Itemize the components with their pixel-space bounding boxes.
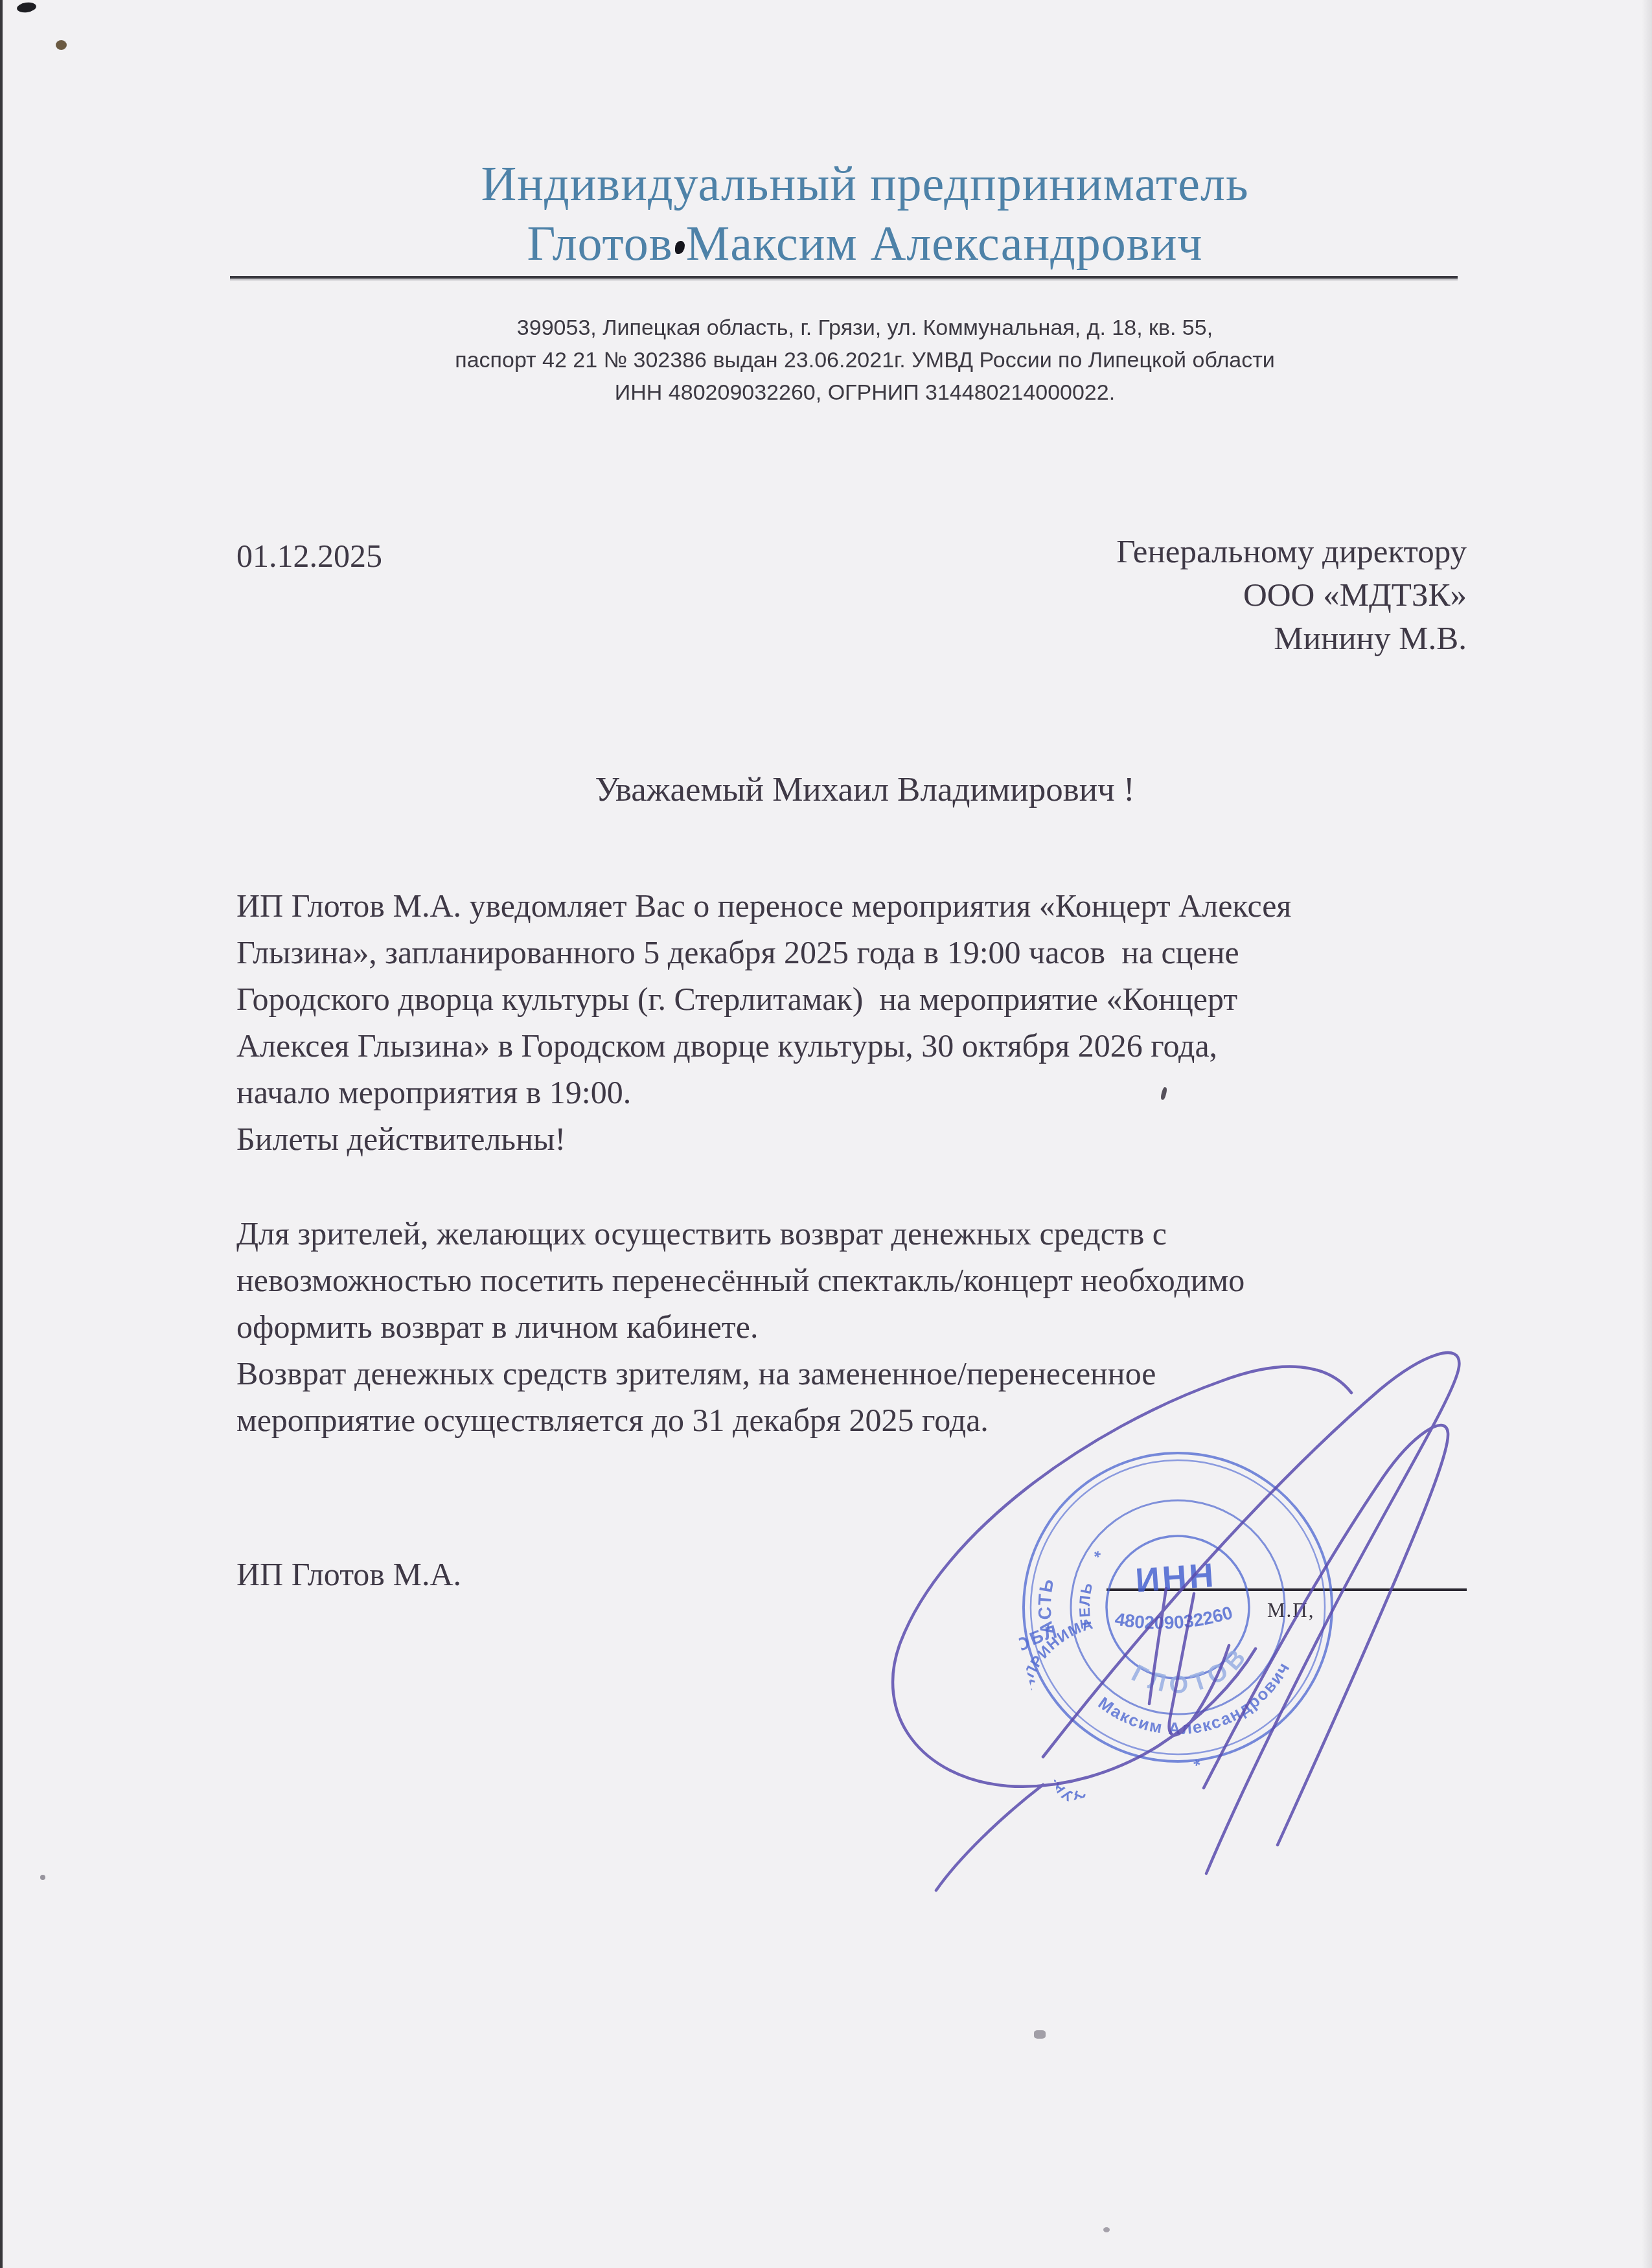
letterhead-divider [230, 276, 1458, 279]
scan-right-edge [1642, 0, 1652, 2268]
paragraph-1-line: начало мероприятия в 19:00. [236, 1069, 1506, 1116]
paragraph-1-line: Городского дворца культуры (г. Стерлитам… [236, 976, 1506, 1022]
paragraph-2-line: невозможностью посетить перенесённый спе… [236, 1257, 1506, 1303]
letterhead-address-line2: паспорт 42 21 № 302386 выдан 23.06.2021г… [236, 344, 1493, 376]
signoff-name: ИП Глотов М.А. [236, 1551, 461, 1598]
recipient-line: ООО «МДТЗК» [1116, 574, 1467, 617]
letterhead-title: Индивидуальный предприниматель Глотов Ма… [236, 154, 1493, 273]
signature-stroke-zigzag-1 [1149, 1588, 1166, 1704]
paragraph-1-line: Билеты действительны! [236, 1116, 1506, 1162]
paragraph-1: ИП Глотов М.А. уведомляет Вас о переносе… [236, 882, 1506, 1162]
scan-left-edge [0, 0, 3, 2268]
letterhead-title-line1: Индивидуальный предприниматель [236, 154, 1493, 214]
salutation: Уважаемый Михаил Владимирович ! [236, 766, 1493, 813]
recipient-block: Генеральному директору ООО «МДТЗК» Минин… [1116, 531, 1467, 661]
scan-speck [1034, 2030, 1046, 2039]
letterhead-address-line3: ИНН 480209032260, ОГРНИП 314480214000022… [236, 376, 1493, 409]
letterhead-title-line2: Глотов Максим Александрович [236, 214, 1493, 273]
handwritten-signature [842, 1315, 1581, 1963]
letterhead-address-line1: 399053, Липецкая область, г. Грязи, ул. … [236, 312, 1493, 344]
scan-speck [40, 1875, 45, 1880]
recipient-line: Минину М.В. [1116, 617, 1467, 661]
paragraph-1-line: ИП Глотов М.А. уведомляет Вас о переносе… [236, 882, 1506, 929]
letterhead-address: 399053, Липецкая область, г. Грязи, ул. … [236, 312, 1493, 409]
paragraph-2-line: Для зрителей, желающих осуществить возвр… [236, 1210, 1506, 1257]
recipient-line: Генеральному директору [1116, 531, 1467, 574]
paragraph-1-line: Глызина», запланированного 5 декабря 202… [236, 929, 1506, 976]
signature-stroke-diagonal-1 [1043, 1353, 1459, 1873]
scan-speck [1103, 2227, 1110, 2232]
signature-stroke-diagonal-2 [1204, 1425, 1448, 1845]
signature-stroke-loop [893, 1366, 1351, 1786]
scan-speck [56, 40, 67, 50]
signature-stroke-tail [936, 1785, 1043, 1890]
scan-speck [16, 1, 37, 14]
paragraph-1-line: Алексея Глызина» в Городском дворце куль… [236, 1022, 1506, 1069]
letter-date: 01.12.2025 [236, 533, 382, 579]
scanned-letter-page: Индивидуальный предприниматель Глотов Ма… [0, 0, 1652, 2268]
